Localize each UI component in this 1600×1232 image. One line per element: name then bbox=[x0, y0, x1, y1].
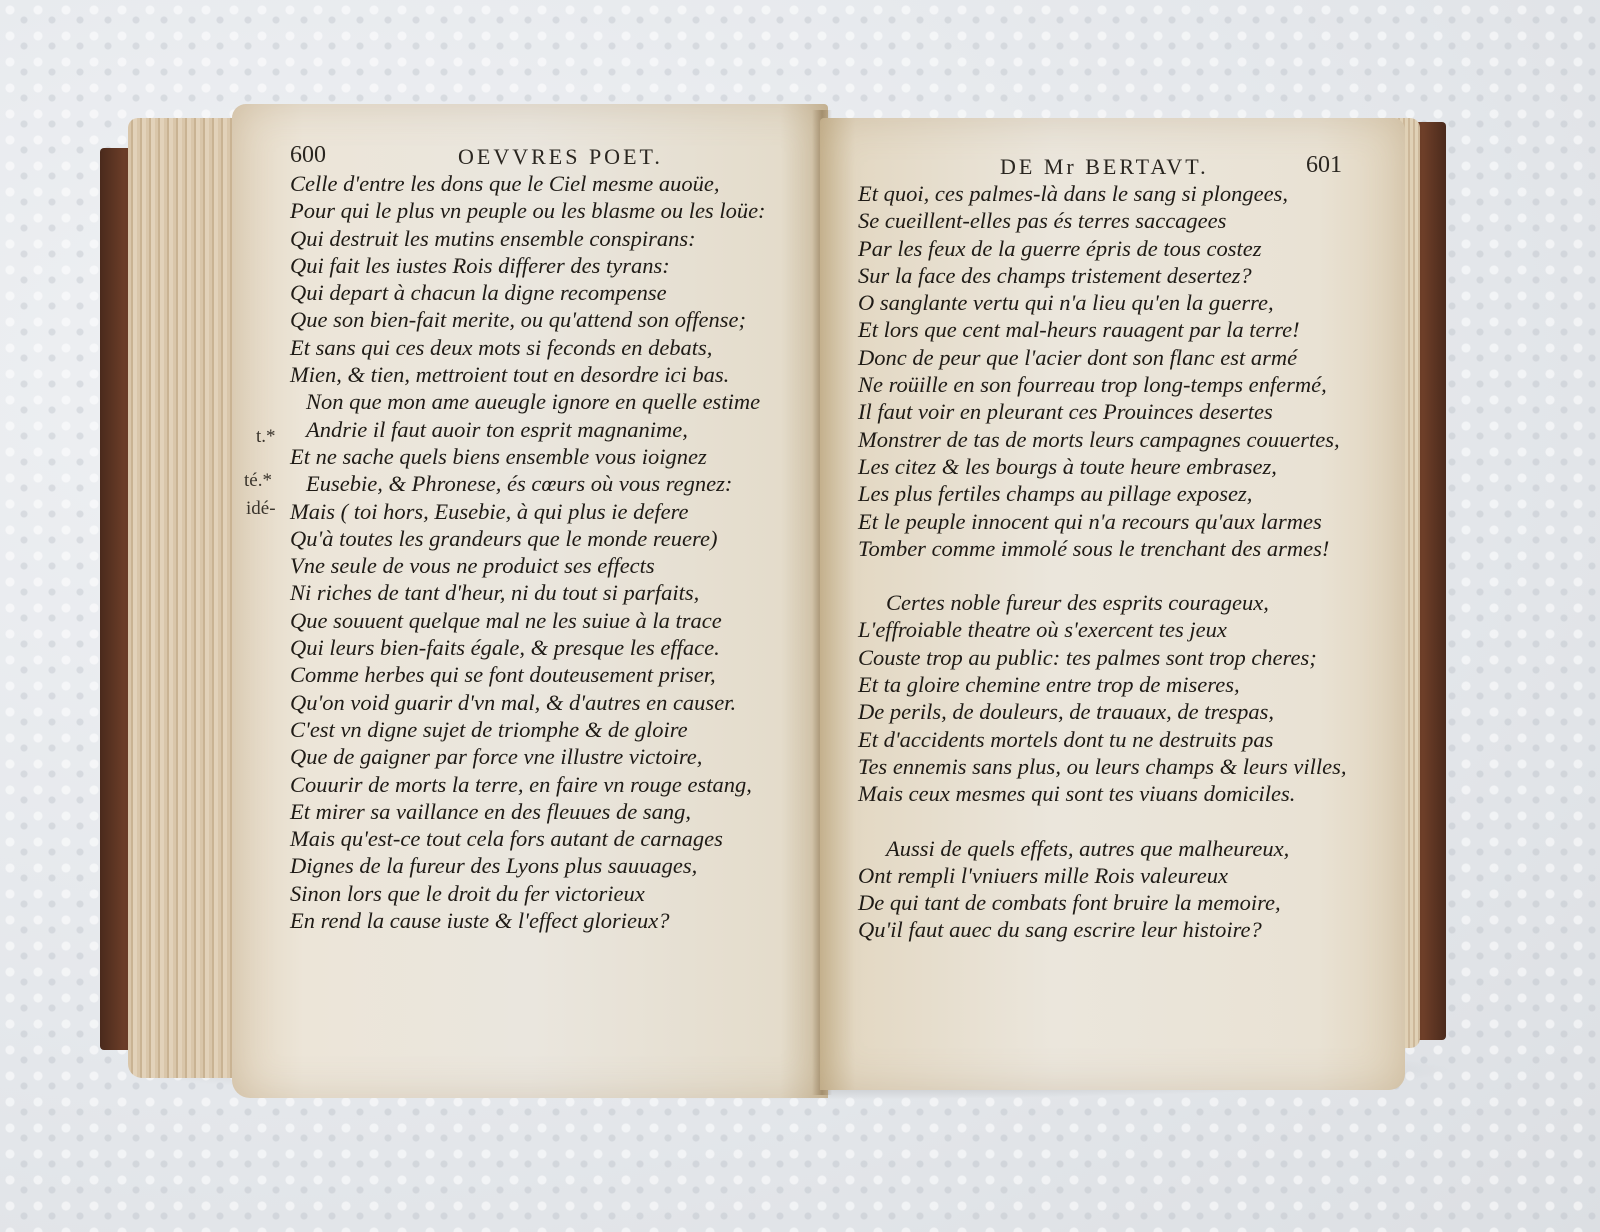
verse-line: Se cueillent-elles pas és terres saccage… bbox=[858, 207, 1347, 234]
verse-line: Mais qu'est-ce tout cela fors autant de … bbox=[290, 825, 766, 852]
verse-line: Ont rempli l'vniuers mille Rois valeureu… bbox=[858, 862, 1347, 889]
verse-line: Que son bien-fait merite, ou qu'attend s… bbox=[290, 306, 766, 333]
running-head-left: OEVVRES POET. bbox=[458, 144, 663, 170]
verse-line: L'effroiable theatre où s'exercent tes j… bbox=[858, 616, 1347, 643]
verse-line: Andrie il faut auoir ton esprit magnanim… bbox=[290, 416, 766, 443]
verse-line: Celle d'entre les dons que le Ciel mesme… bbox=[290, 170, 766, 197]
verse-line: En rend la cause iuste & l'effect glorie… bbox=[290, 907, 766, 934]
verse-line: De qui tant de combats font bruire la me… bbox=[858, 889, 1347, 916]
verse-line: Donc de peur que l'acier dont son flanc … bbox=[858, 344, 1347, 371]
running-head-right: DE Mr BERTAVT. bbox=[1000, 154, 1209, 180]
verse-line: Couste trop au public: tes palmes sont t… bbox=[858, 644, 1347, 671]
verse-line: Qu'on void guarir d'vn mal, & d'autres e… bbox=[290, 689, 766, 716]
right-page: DE Mr BERTAVT. 601 Et quoi, ces palmes-l… bbox=[820, 118, 1405, 1090]
verse-line: Qui destruit les mutins ensemble conspir… bbox=[290, 225, 766, 252]
verse-line: Il faut voir en pleurant ces Prouinces d… bbox=[858, 398, 1347, 425]
verse-line: Qui fait les iustes Rois differer des ty… bbox=[290, 252, 766, 279]
verse-line: Qui depart à chacun la digne recompense bbox=[290, 279, 766, 306]
page-number-right: 601 bbox=[1306, 152, 1342, 179]
verse-line: Et quoi, ces palmes-là dans le sang si p… bbox=[858, 180, 1347, 207]
page-edges-left bbox=[128, 118, 248, 1078]
verse-line: Et le peuple innocent qui n'a recours qu… bbox=[858, 508, 1347, 535]
verse-line: Et d'accidents mortels dont tu ne destru… bbox=[858, 726, 1347, 753]
margin-note: t.* bbox=[256, 426, 276, 448]
verse-line: Couurir de morts la terre, en faire vn r… bbox=[290, 771, 766, 798]
verse-line: Dignes de la fureur des Lyons plus sauua… bbox=[290, 852, 766, 879]
verse-line: Mais ceux mesmes qui sont tes viuans dom… bbox=[858, 780, 1347, 807]
verse-line: Monstrer de tas de morts leurs campagnes… bbox=[858, 426, 1347, 453]
page-number-left: 600 bbox=[290, 142, 326, 169]
verse-line: Ni riches de tant d'heur, ni du tout si … bbox=[290, 579, 766, 606]
verse-line: Tomber comme immolé sous le trenchant de… bbox=[858, 535, 1347, 562]
verse-line: Et ta gloire chemine entre trop de miser… bbox=[858, 671, 1347, 698]
verse-line: Mais ( toi hors, Eusebie, à qui plus ie … bbox=[290, 498, 766, 525]
verse-line: Sur la face des champs tristement desert… bbox=[858, 262, 1347, 289]
verse-line: Aussi de quels effets, autres que malheu… bbox=[858, 835, 1347, 862]
verse-line: O sanglante vertu qui n'a lieu qu'en la … bbox=[858, 289, 1347, 316]
verse-line: Et mirer sa vaillance en des fleuues de … bbox=[290, 798, 766, 825]
verse-line: C'est vn digne sujet de triomphe & de gl… bbox=[290, 716, 766, 743]
verse-line: Les citez & les bourgs à toute heure emb… bbox=[858, 453, 1347, 480]
verse-line: Comme herbes qui se font douteusement pr… bbox=[290, 661, 766, 688]
verse-line: Qu'à toutes les grandeurs que le monde r… bbox=[290, 525, 766, 552]
verse-line: Et sans qui ces deux mots si feconds en … bbox=[290, 334, 766, 361]
margin-note: idé- bbox=[246, 498, 276, 520]
verse-line: Qu'il faut auec du sang escrire leur his… bbox=[858, 916, 1347, 943]
verse-line: Tes ennemis sans plus, ou leurs champs &… bbox=[858, 753, 1347, 780]
margin-note: té.* bbox=[244, 470, 272, 492]
verse-line: Et lors que cent mal-heurs rauagent par … bbox=[858, 316, 1347, 343]
verse-line: Sinon lors que le droit du fer victorieu… bbox=[290, 880, 766, 907]
verse-line: Mien, & tien, mettroient tout en desordr… bbox=[290, 361, 766, 388]
verse-line: Eusebie, & Phronese, és cœurs où vous re… bbox=[290, 470, 766, 497]
verse-line: Par les feux de la guerre épris de tous … bbox=[858, 235, 1347, 262]
verse-line: Pour qui le plus vn peuple ou les blasme… bbox=[290, 197, 766, 224]
verse-line: Qui leurs bien-faits égale, & presque le… bbox=[290, 634, 766, 661]
verse-line: Non que mon ame aueugle ignore en quelle… bbox=[290, 388, 766, 415]
left-page: 600 OEVVRES POET. Celle d'entre les dons… bbox=[232, 104, 828, 1098]
verse-lines-right: Et quoi, ces palmes-là dans le sang si p… bbox=[858, 180, 1347, 944]
verse-line: Les plus fertiles champs au pillage expo… bbox=[858, 480, 1347, 507]
verse-line: De perils, de douleurs, de trauaux, de t… bbox=[858, 698, 1347, 725]
verse-line: Et ne sache quels biens ensemble vous io… bbox=[290, 443, 766, 470]
verse-line: Ne roüille en son fourreau trop long-tem… bbox=[858, 371, 1347, 398]
verse-lines-left: Celle d'entre les dons que le Ciel mesme… bbox=[290, 170, 766, 934]
verse-line: Certes noble fureur des esprits courageu… bbox=[858, 589, 1347, 616]
verse-line: Que souuent quelque mal ne les suiue à l… bbox=[290, 607, 766, 634]
verse-line: Vne seule de vous ne produict ses effect… bbox=[290, 552, 766, 579]
verse-line: Que de gaigner par force vne illustre vi… bbox=[290, 743, 766, 770]
